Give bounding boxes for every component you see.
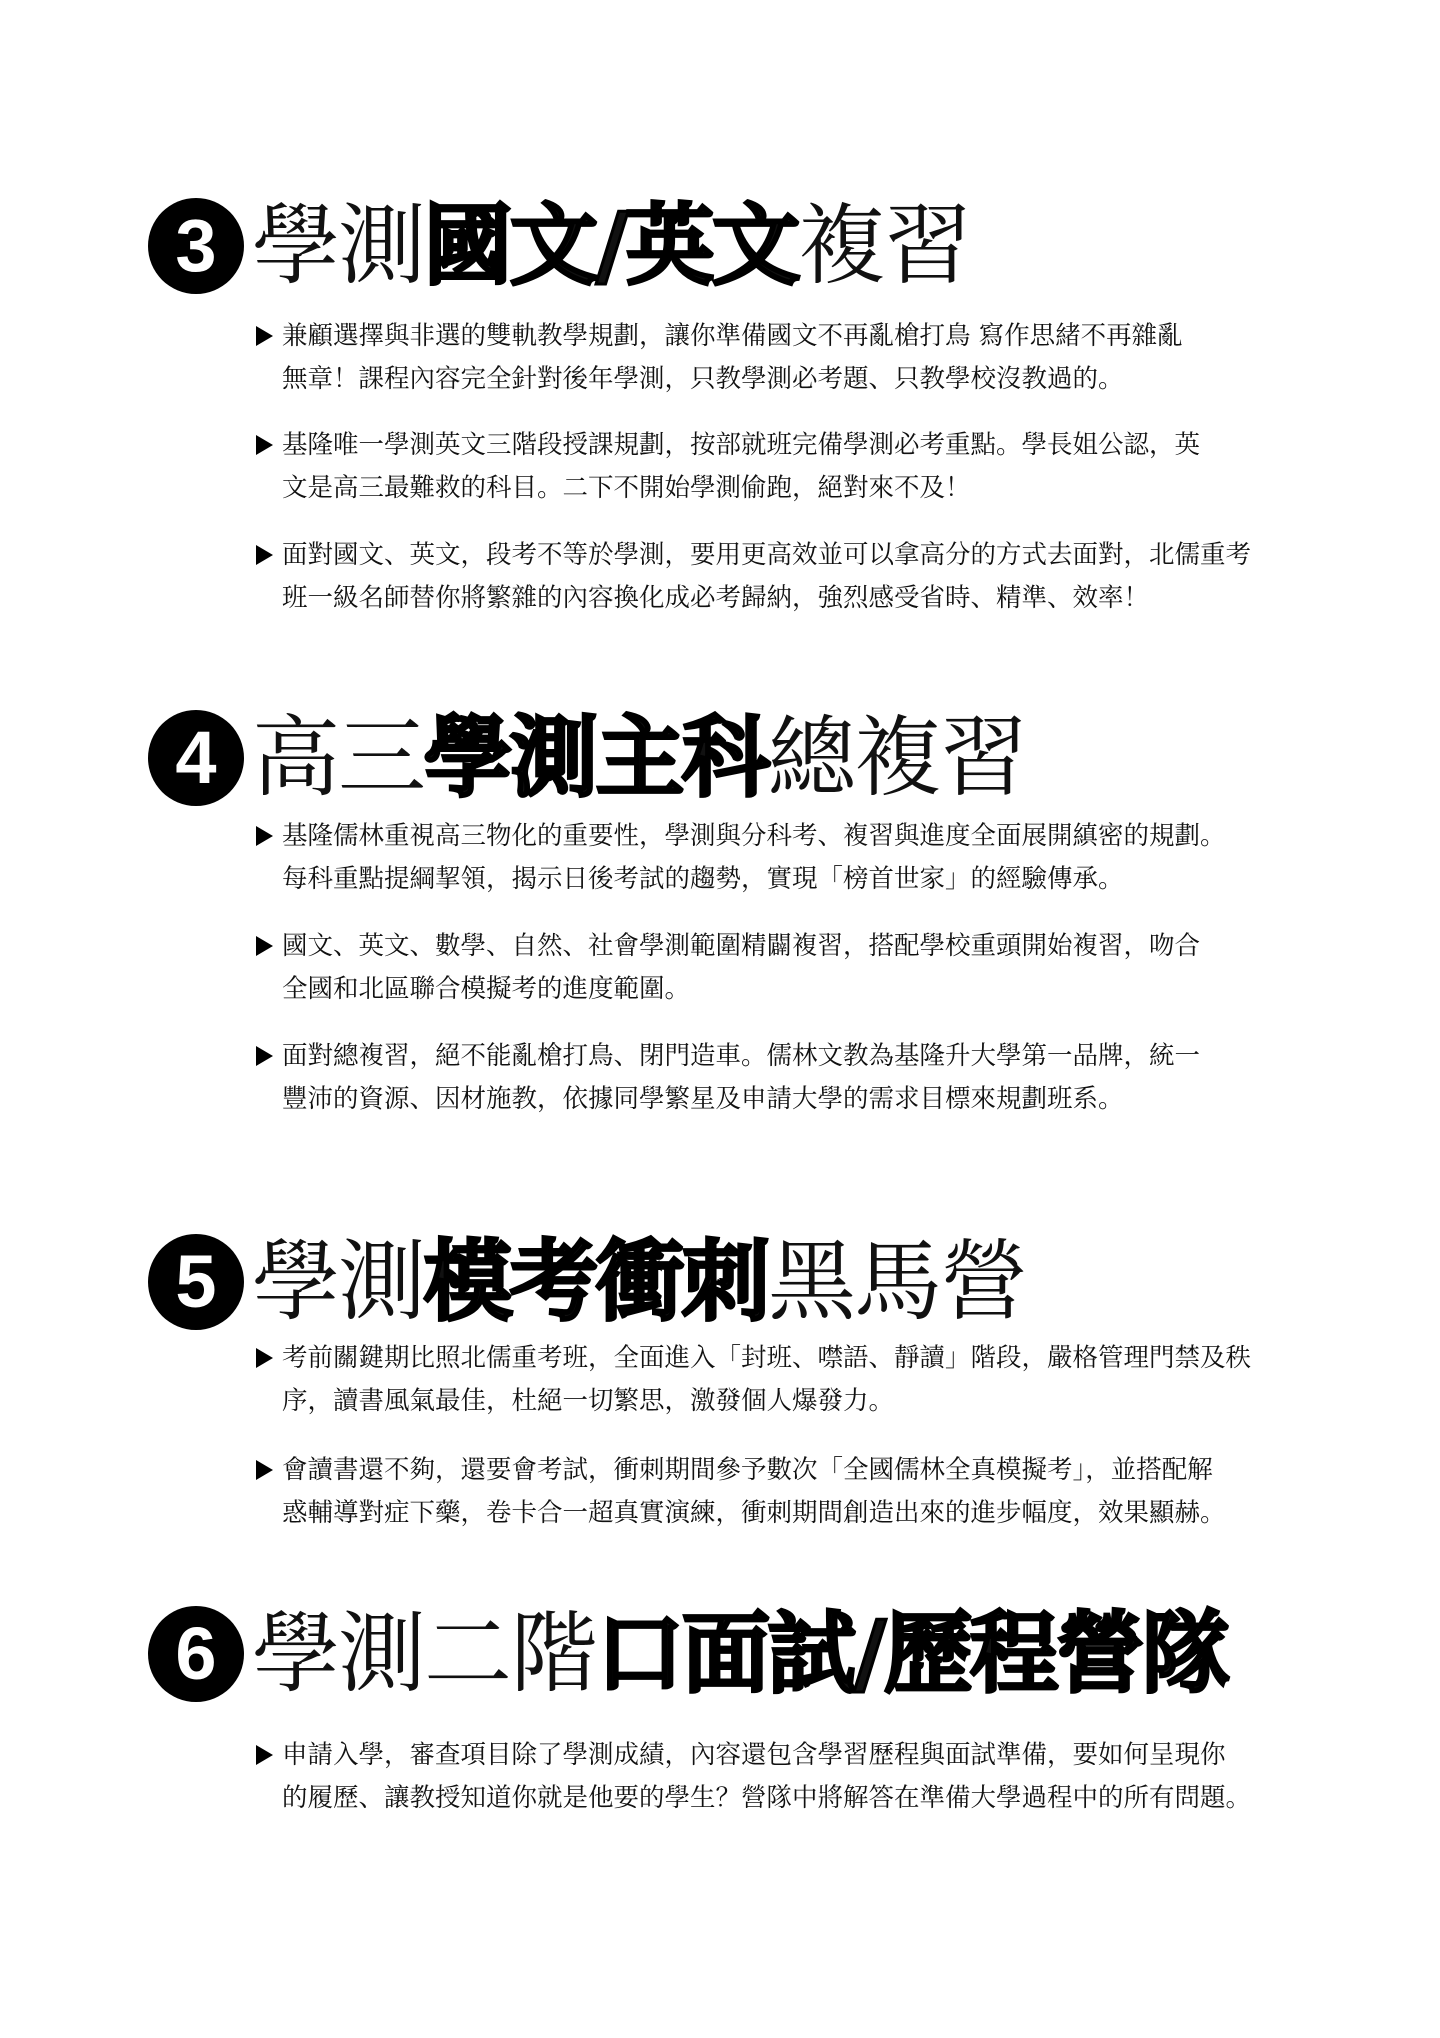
heading-segment: 學測 (252, 202, 424, 290)
bullet-line: 基隆儒林重視高三物化的重要性，學測與分科考、複習與進度全面展開縝密的規劃。 (256, 815, 1316, 858)
heading-segment-bold: 國文/英文 (424, 202, 798, 290)
number-circle-icon: 6 (148, 1606, 244, 1702)
heading-segment: 高三 (252, 714, 424, 802)
number-circle-icon: 4 (148, 710, 244, 806)
number-circle-icon: 3 (148, 198, 244, 294)
triangle-bullet-icon (256, 1348, 273, 1368)
bullet-item: 面對總複習，絕不能亂槍打鳥、閉門造車。儒林文教為基隆升大學第一品牌，統一 豐沛的… (256, 1035, 1316, 1121)
section-number: 5 (175, 1245, 216, 1319)
bullet-line: 序，讀書風氣最佳，杜絕一切繁思，激發個人爆發力。 (256, 1380, 1316, 1423)
bullet-line: 每科重點提綱挈領，揭示日後考試的趨勢，實現「榜首世家」的經驗傳承。 (256, 858, 1316, 901)
bullet-line: 全國和北區聯合模擬考的進度範圍。 (256, 968, 1316, 1011)
triangle-bullet-icon (256, 826, 273, 846)
triangle-bullet-icon (256, 1745, 273, 1765)
section-number: 4 (175, 721, 216, 795)
section-number: 6 (175, 1617, 216, 1691)
bullet-item: 考前關鍵期比照北儒重考班，全面進入「封班、噤語、靜讀」階段，嚴格管理門禁及秩 序… (256, 1337, 1316, 1423)
heading-segment: 複習 (798, 202, 970, 290)
triangle-bullet-icon (256, 1046, 273, 1066)
section-heading: 5 學測 模考衝刺 黑馬營 (148, 1232, 1026, 1332)
triangle-bullet-icon (256, 1460, 273, 1480)
heading-segment: 總複習 (768, 714, 1026, 802)
bullet-line: 國文、英文、數學、自然、社會學測範圍精闢複習，搭配學校重頭開始複習，吻合 (256, 925, 1316, 968)
triangle-bullet-icon (256, 326, 273, 346)
heading-segment: 學測 (252, 1238, 424, 1326)
bullet-line: 兼顧選擇與非選的雙軌教學規劃，讓你準備國文不再亂槍打鳥 寫作思緒不再雜亂 (256, 315, 1316, 358)
bullet-line: 考前關鍵期比照北儒重考班，全面進入「封班、噤語、靜讀」階段，嚴格管理門禁及秩 (256, 1337, 1316, 1380)
bullet-line: 申請入學，審查項目除了學測成績，內容還包含學習歷程與面試準備，要如何呈現你 (256, 1734, 1316, 1777)
bullet-line: 會讀書還不夠，還要會考試，衝刺期間參予數次「全國儒林全真模擬考」，並搭配解 (256, 1449, 1316, 1492)
section-heading: 6 學測二階 口面試/歷程營隊 (148, 1604, 1228, 1704)
bullet-item: 兼顧選擇與非選的雙軌教學規劃，讓你準備國文不再亂槍打鳥 寫作思緒不再雜亂 無章！… (256, 315, 1316, 401)
bullet-item: 國文、英文、數學、自然、社會學測範圍精闢複習，搭配學校重頭開始複習，吻合 全國和… (256, 925, 1316, 1011)
bullet-line: 文是高三最難救的科目。二下不開始學測偷跑，絕對來不及！ (256, 467, 1316, 510)
triangle-bullet-icon (256, 936, 273, 956)
triangle-bullet-icon (256, 435, 273, 455)
heading-segment-bold: 口面試/歷程營隊 (596, 1610, 1228, 1698)
number-circle-icon: 5 (148, 1234, 244, 1330)
bullet-item: 會讀書還不夠，還要會考試，衝刺期間參予數次「全國儒林全真模擬考」，並搭配解 惑輔… (256, 1449, 1316, 1535)
bullet-line: 面對總複習，絕不能亂槍打鳥、閉門造車。儒林文教為基隆升大學第一品牌，統一 (256, 1035, 1316, 1078)
bullet-item: 申請入學，審查項目除了學測成績，內容還包含學習歷程與面試準備，要如何呈現你 的履… (256, 1734, 1316, 1820)
heading-segment-bold: 模考衝刺 (424, 1238, 768, 1326)
triangle-bullet-icon (256, 545, 273, 565)
bullet-line: 豐沛的資源、因材施教，依據同學繁星及申請大學的需求目標來規劃班系。 (256, 1078, 1316, 1121)
heading-segment: 學測二階 (252, 1610, 596, 1698)
bullet-line: 惑輔導對症下藥，卷卡合一超真實演練，衝刺期間創造出來的進步幅度，效果顯赫。 (256, 1492, 1316, 1535)
bullet-line: 的履歷、讓教授知道你就是他要的學生？營隊中將解答在準備大學過程中的所有問題。 (256, 1777, 1316, 1820)
section-heading: 4 高三 學測主科 總複習 (148, 708, 1026, 808)
bullet-line: 班一級名師替你將繁雜的內容換化成必考歸納，強烈感受省時、精準、效率！ (256, 577, 1316, 620)
section-heading: 3 學測 國文/英文 複習 (148, 196, 970, 296)
bullet-item: 基隆儒林重視高三物化的重要性，學測與分科考、複習與進度全面展開縝密的規劃。 每科… (256, 815, 1316, 901)
heading-segment: 黑馬營 (768, 1238, 1026, 1326)
bullet-line: 基隆唯一學測英文三階段授課規劃，按部就班完備學測必考重點。學長姐公認，英 (256, 424, 1316, 467)
section-number: 3 (175, 209, 216, 283)
bullet-item: 基隆唯一學測英文三階段授課規劃，按部就班完備學測必考重點。學長姐公認，英 文是高… (256, 424, 1316, 510)
bullet-line: 面對國文、英文，段考不等於學測，要用更高效並可以拿高分的方式去面對，北儒重考 (256, 534, 1316, 577)
heading-segment-bold: 學測主科 (424, 714, 768, 802)
bullet-item: 面對國文、英文，段考不等於學測，要用更高效並可以拿高分的方式去面對，北儒重考 班… (256, 534, 1316, 620)
bullet-line: 無章！課程內容完全針對後年學測，只教學測必考題、只教學校沒教過的。 (256, 358, 1316, 401)
